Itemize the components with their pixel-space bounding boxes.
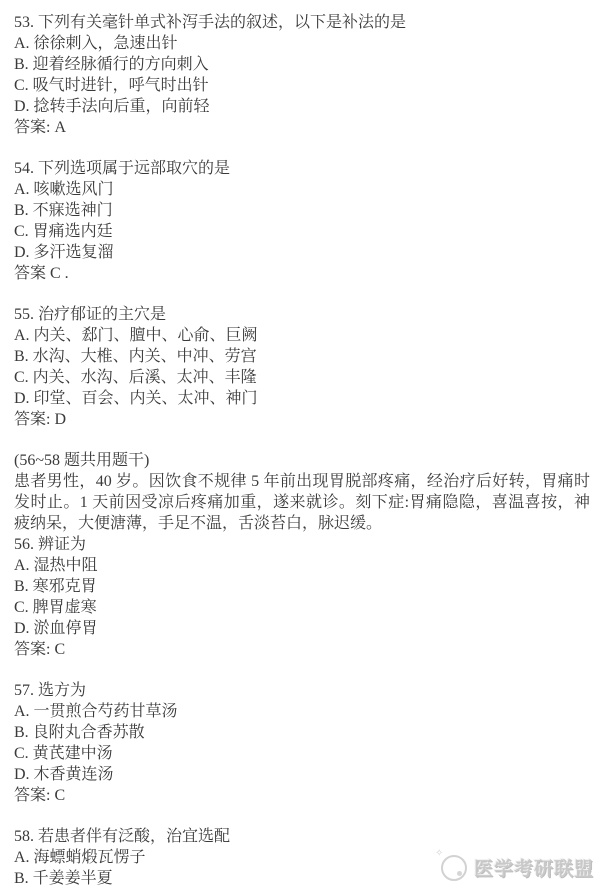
question-53: 53. 下列有关毫针单式补泻手法的叙述，以下是补法的是 A. 徐徐刺入，急速出针…	[14, 12, 590, 138]
question-57-option-a: A. 一贯煎合芍药甘草汤	[14, 701, 590, 722]
question-54-answer: 答案 C .	[14, 263, 590, 284]
case-description: 患者男性，40 岁。因饮食不规律 5 年前出现胃脱部疼痛，经治疗后好转，胃痛时发…	[14, 471, 590, 534]
document-page: 53. 下列有关毫针单式补泻手法的叙述，以下是补法的是 A. 徐徐刺入，急速出针…	[0, 0, 602, 889]
question-54-option-c: C. 胃痛选内廷	[14, 221, 590, 242]
question-56-option-d: D. 淤血停胃	[14, 618, 590, 639]
question-54-option-b: B. 不寐选神门	[14, 200, 590, 221]
watermark: 医学考研联盟	[441, 854, 594, 881]
question-56-option-a: A. 湿热中阻	[14, 555, 590, 576]
question-57-answer: 答案: C	[14, 785, 590, 806]
question-53-answer: 答案: A	[14, 117, 590, 138]
question-55-answer: 答案: D	[14, 409, 590, 430]
question-56-stem: 56. 辨证为	[14, 534, 590, 555]
case-block-56-58: (56~58 题共用题干) 患者男性，40 岁。因饮食不规律 5 年前出现胃脱部…	[14, 450, 590, 660]
question-55-option-a: A. 内关、郄门、膻中、心俞、巨阙	[14, 325, 590, 346]
question-54-option-d: D. 多汗选复溜	[14, 242, 590, 263]
question-53-option-a: A. 徐徐刺入，急速出针	[14, 33, 590, 54]
question-53-stem: 53. 下列有关毫针单式补泻手法的叙述，以下是补法的是	[14, 12, 590, 33]
question-55-option-d: D. 印堂、百会、内关、太冲、神门	[14, 388, 590, 409]
question-54: 54. 下列选项属于远部取穴的是 A. 咳嗽选风门 B. 不寐选神门 C. 胃痛…	[14, 158, 590, 284]
question-55-option-b: B. 水沟、大椎、内关、中冲、劳宫	[14, 346, 590, 367]
question-56-option-b: B. 寒邪克胃	[14, 576, 590, 597]
question-56-option-c: C. 脾胃虚寒	[14, 597, 590, 618]
question-58-stem: 58. 若患者伴有泛酸，治宜选配	[14, 826, 590, 847]
question-54-stem: 54. 下列选项属于远部取穴的是	[14, 158, 590, 179]
question-57-option-d: D. 木香黄连汤	[14, 764, 590, 785]
question-53-option-d: D. 捻转手法向后重，向前轻	[14, 96, 590, 117]
question-55-stem: 55. 治疗郁证的主穴是	[14, 304, 590, 325]
case-header: (56~58 题共用题干)	[14, 450, 590, 471]
question-57-option-b: B. 良附丸合香苏散	[14, 722, 590, 743]
question-57-stem: 57. 选方为	[14, 680, 590, 701]
question-57: 57. 选方为 A. 一贯煎合芍药甘草汤 B. 良附丸合香苏散 C. 黄芪建中汤…	[14, 680, 590, 806]
question-54-option-a: A. 咳嗽选风门	[14, 179, 590, 200]
question-53-option-b: B. 迎着经脉循行的方向刺入	[14, 54, 590, 75]
question-56-answer: 答案: C	[14, 639, 590, 660]
question-55-option-c: C. 内关、水沟、后溪、太冲、丰隆	[14, 367, 590, 388]
medical-alliance-logo-icon	[441, 855, 467, 881]
question-55: 55. 治疗郁证的主穴是 A. 内关、郄门、膻中、心俞、巨阙 B. 水沟、大椎、…	[14, 304, 590, 430]
question-53-option-c: C. 吸气时进针，呼气时出针	[14, 75, 590, 96]
watermark-label: 医学考研联盟	[474, 854, 594, 881]
question-57-option-c: C. 黄芪建中汤	[14, 743, 590, 764]
